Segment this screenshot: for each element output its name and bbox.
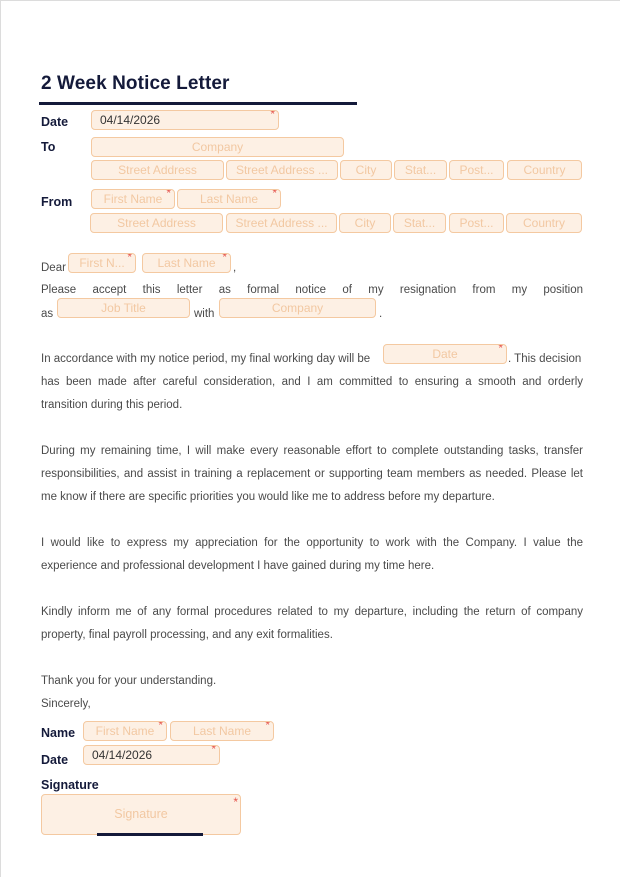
- signature-placeholder: Signature: [114, 807, 168, 821]
- required-asterisk-icon: *: [158, 721, 163, 731]
- dear-text: Dear: [41, 262, 66, 274]
- to-postal-field[interactable]: Post...: [449, 160, 504, 180]
- signer-last-name-field[interactable]: Last Name *: [170, 721, 274, 741]
- to-company-field[interactable]: Company: [91, 137, 344, 157]
- signature-underline: [97, 833, 203, 836]
- intro-as: as: [41, 308, 53, 320]
- from-state-field[interactable]: Stat...: [393, 213, 446, 233]
- final-day-text: In accordance with my notice period, my …: [41, 353, 370, 365]
- final-working-day-placeholder: Date: [432, 347, 457, 361]
- required-asterisk-icon: *: [166, 189, 171, 199]
- from-label: From: [41, 195, 72, 209]
- intro-with: with: [194, 308, 214, 320]
- to-country-field[interactable]: Country: [507, 160, 582, 180]
- from-street-address-2-field[interactable]: Street Address ...: [226, 213, 337, 233]
- title-divider: [39, 102, 357, 105]
- recipient-last-name-field[interactable]: Last Name *: [142, 253, 231, 273]
- to-label: To: [41, 140, 55, 154]
- signer-first-name-field[interactable]: First Name *: [83, 721, 167, 741]
- from-street-address-field[interactable]: Street Address: [90, 213, 223, 233]
- date-field[interactable]: 04/14/2026 *: [91, 110, 279, 130]
- from-country-field[interactable]: Country: [506, 213, 582, 233]
- to-state-field[interactable]: Stat...: [394, 160, 447, 180]
- job-title-field[interactable]: Job Title: [57, 298, 190, 318]
- required-asterisk-icon: *: [233, 796, 238, 808]
- decision-text: . This decision: [508, 353, 581, 365]
- remaining-time-paragraph: During my remaining time, I will make ev…: [41, 440, 583, 509]
- required-asterisk-icon: *: [498, 344, 503, 354]
- decision-paragraph: has been made after careful consideratio…: [41, 371, 583, 417]
- closing-date-value: 04/14/2026: [92, 748, 152, 762]
- signature-label: Signature: [41, 778, 99, 792]
- sincerely-text: Sincerely,: [41, 698, 91, 710]
- recipient-last-name-placeholder: Last Name: [157, 256, 215, 270]
- from-last-name-field[interactable]: Last Name *: [177, 189, 281, 209]
- appreciation-paragraph: I would like to express my appreciation …: [41, 532, 583, 578]
- signer-last-name-placeholder: Last Name: [193, 724, 251, 738]
- from-city-field[interactable]: City: [339, 213, 391, 233]
- intro-line: Please accept this letter as formal noti…: [41, 284, 583, 296]
- required-asterisk-icon: *: [265, 721, 270, 731]
- from-last-name-placeholder: Last Name: [200, 192, 258, 206]
- required-asterisk-icon: *: [211, 745, 216, 755]
- closing-date-label: Date: [41, 753, 68, 767]
- signer-first-name-placeholder: First Name: [96, 724, 155, 738]
- to-street-address-2-field[interactable]: Street Address ...: [226, 160, 338, 180]
- notice-letter-form: 2 Week Notice Letter Date 04/14/2026 * T…: [1, 1, 620, 877]
- name-label: Name: [41, 726, 75, 740]
- from-first-name-placeholder: First Name: [104, 192, 163, 206]
- salutation-comma: ,: [233, 262, 236, 274]
- closing-date-field[interactable]: 04/14/2026 *: [83, 745, 220, 765]
- thanks-text: Thank you for your understanding.: [41, 675, 216, 687]
- signature-pad[interactable]: Signature *: [41, 794, 241, 835]
- required-asterisk-icon: *: [222, 253, 227, 263]
- to-street-address-field[interactable]: Street Address: [91, 160, 224, 180]
- procedures-paragraph: Kindly inform me of any formal procedure…: [41, 601, 583, 647]
- from-postal-field[interactable]: Post...: [449, 213, 504, 233]
- date-value: 04/14/2026: [100, 113, 160, 127]
- final-working-day-field[interactable]: Date *: [383, 344, 507, 364]
- required-asterisk-icon: *: [270, 110, 275, 120]
- from-first-name-field[interactable]: First Name *: [91, 189, 175, 209]
- intro-period: .: [379, 308, 382, 320]
- recipient-first-name-field[interactable]: First N... *: [68, 253, 136, 273]
- required-asterisk-icon: *: [127, 253, 132, 263]
- required-asterisk-icon: *: [272, 189, 277, 199]
- employer-company-field[interactable]: Company: [219, 298, 376, 318]
- page-title: 2 Week Notice Letter: [41, 73, 230, 95]
- to-city-field[interactable]: City: [340, 160, 392, 180]
- recipient-first-name-placeholder: First N...: [79, 256, 124, 270]
- date-label: Date: [41, 115, 68, 129]
